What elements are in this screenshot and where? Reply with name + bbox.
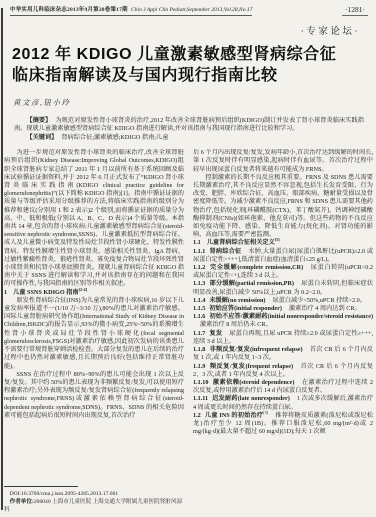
journal-citation-en: Chin J Appl Clin Pediatr,September 2013,…: [131, 7, 252, 13]
abstract-label: 【摘要】: [26, 117, 51, 124]
def-term: 复发: [209, 330, 222, 337]
affiliation-line: 作者单位:200040 上海市儿童医院 上海交通大学附属儿童医院肾脏风湿科: [4, 498, 184, 514]
definition-item: 1.1.8非频反复/复发(infrequent relapse)首次 CR 后 …: [193, 346, 373, 362]
footnote-rule: [4, 486, 78, 487]
definition-item: 1.1.1肾病综合征水肿,大量蛋白尿[尿蛋白肌酐比(uPCR)≥2.0 或尿蛋白…: [193, 248, 373, 264]
abstract-block: 【摘要】为规范对原发性肾小球肾炎的治疗,2012 年改善全球肾脏病预后组织(KD…: [14, 117, 364, 142]
def-number: 1.1.2: [193, 264, 205, 271]
right-column: 后 6 个月内出现反复/复发,发病年龄小,首次治疗达到缓解的时间长,第 1 次反…: [193, 149, 373, 501]
running-head: 中华实用儿科临床杂志2013年9月第28卷第17期 Chin J Appl Cl…: [0, 0, 376, 16]
abstract-text: 为规范对原发性肾小球肾炎的治疗,2012 年改善全球肾脏病预后组织(KDIGO)…: [14, 117, 364, 132]
article-title: 2012 年 KDIGO 儿童激素敏感型肾病综合征 临床指南解读及与国内现行指南…: [12, 45, 366, 86]
def-term: 部分缓解(partial remission,PR): [209, 280, 294, 287]
def-description: 激素治疗 4 周内达到 CR。: [289, 305, 361, 312]
def-term: 非频反复/复发(infrequent relapse): [209, 346, 302, 353]
def-number: 1.2: [193, 412, 201, 419]
def-number: 1.1.11: [193, 395, 208, 402]
paragraph: 为进一步规范对原发性肾小球肾炎的临床治疗,改善全球肾脏病预后组织(Kidney …: [4, 149, 184, 288]
author-names: 黄文彦,钮小玲: [13, 97, 376, 108]
definition-item: 1.1.7复发尿蛋白再现,且尿 uPCR 持续≥2.0 或尿蛋白定性≥+++,连…: [193, 330, 373, 346]
page-number: ·1281·: [342, 5, 368, 16]
journal-citation-cn: 中华实用儿科临床杂志2013年9月第28卷第17期: [10, 7, 128, 13]
abstract-paragraph: 【摘要】为规范对原发性肾小球肾炎的治疗,2012 年改善全球肾脏病预后组织(KD…: [14, 117, 364, 134]
def-number: 1.1.8: [193, 346, 205, 353]
def-term: 完全缓解(complete remission,CR): [209, 264, 303, 271]
journal-page: 中华实用儿科临床杂志2013年9月第28卷第17期 Chin J Appl Cl…: [0, 0, 376, 517]
def-term: 迟发耐药(late nonresponder): [212, 395, 290, 402]
def-number: 1.1.5: [193, 305, 205, 312]
section-number: 1.1: [193, 239, 201, 246]
keywords-paragraph: 【关键词】肾病综合征;激素敏感;KDIGO 指南;儿童: [14, 134, 364, 142]
section-title: 儿童肾病综合征相关定义: [207, 239, 275, 246]
body-columns: 为进一步规范对原发性肾小球肾炎的临床治疗,改善全球肾脏病预后组织(Kidney …: [0, 149, 376, 501]
def-description: 激素治疗 8 周后仍未 CR。: [200, 321, 272, 328]
article-title-line2: 临床指南解读及与国内现行指南比较: [12, 66, 366, 87]
definition-item: 1.1.4未缓解(no remission)尿蛋白减少<50%,uPCR 持续>…: [193, 297, 373, 305]
definition-item: 1.1.9频反复/复发(frequent relapse)首次 CR 后 6 个…: [193, 363, 373, 379]
keywords-text: 肾病综合征;激素敏感;KDIGO 指南;儿童: [61, 134, 168, 141]
paragraph: 控制激素的长期不良反应极其重要。FRNS 及 SDNS 患儿需要长期激素治疗,其…: [193, 174, 373, 240]
reference-marker: [5]: [263, 410, 268, 415]
def-number: 1.1.6: [193, 313, 205, 320]
paragraph-continued: 后 6 个月内出现反复/复发,发病年龄小,首次治疗达到缓解的时间长,第 1 次反…: [193, 149, 373, 174]
def-number: 1.1.9: [193, 363, 205, 370]
def-number: 1.1.1: [193, 248, 205, 255]
def-term: 儿童 INS 的初始治疗: [205, 412, 264, 419]
def-number: 1.1.3: [193, 280, 205, 287]
column-label: ·专家论坛·: [0, 23, 360, 37]
def-number: 1.1.4: [193, 297, 205, 304]
article-title-line1: 2012 年 KDIGO 儿童激素敏感型肾病综合征: [12, 45, 366, 66]
reference-marker: [5]: [275, 237, 280, 242]
definition-item: 1.1.11迟发耐药(late nonresponder)1 次或多次缓解后,激…: [193, 395, 373, 411]
footnote-block: DOI:10.3760/cma.j.issn.2095-4285.2013.17…: [4, 483, 184, 514]
definition-item: 1.2儿童 INS 的初始治疗[5]推荐将糖皮质激素(泼尼松或泼尼松龙)治疗至少…: [193, 412, 373, 437]
def-term: 频反复/复发(frequent relapse): [209, 363, 293, 370]
reference-marker: [2-4]: [79, 287, 87, 292]
def-description: 尿蛋白减少<50%,uPCR 持续>2.0。: [272, 297, 365, 304]
def-number: 1.1.7: [193, 330, 205, 337]
def-term: 肾病综合征: [209, 248, 241, 255]
section-heading-1: 1儿童 SSNS KDIGO 指南[2-4]: [4, 289, 184, 297]
keywords-label: 【关键词】: [26, 134, 57, 141]
definition-item: 1.1.6初始不应答/激素耐药(initial nonresponder/ste…: [193, 313, 373, 329]
affiliation-label: 作者单位:: [10, 499, 34, 505]
section-heading-1-1: 1.1儿童肾病综合征相关定义[5]: [193, 239, 373, 247]
left-column: 为进一步规范对原发性肾小球肾炎的临床治疗,改善全球肾脏病预后组织(Kidney …: [4, 149, 184, 501]
doi-line: DOI:10.3760/cma.j.issn.2095-4285.2013.17…: [4, 490, 184, 498]
definition-item: 1.1.3部分缓解(partial remission,PR)尿蛋白未转阴,但临…: [193, 280, 373, 296]
paragraph: 原发性肾病综合征(INS)为儿童常见的肾小球疾病,16 岁以下儿童发病率报道不一…: [4, 297, 184, 371]
section-title: 儿童 SSNS KDIGO 指南: [13, 289, 79, 296]
journal-citation: 中华实用儿科临床杂志2013年9月第28卷第17期 Chin J Appl Cl…: [10, 7, 252, 16]
definition-item: 1.1.10激素依赖(steroid dependence)在激素治疗过程中连续…: [193, 379, 373, 395]
definition-item: 1.1.2完全缓解(complete remission,CR)尿蛋白转阴(uP…: [193, 264, 373, 280]
def-term: 未缓解(no remission): [209, 297, 265, 304]
def-term: 初始不应答/激素耐药(initial nonresponder/steroid …: [209, 313, 373, 320]
scan-edge-artifact: [1, 8, 3, 510]
section-number: 1: [4, 289, 7, 296]
def-term: 激素依赖(steroid dependence): [212, 379, 294, 386]
paragraph: SSNS 在治疗过程中 80%~90%的患儿可能会出现 1 次以上反复/复发。其…: [4, 371, 184, 420]
def-term: 初始应答(initial responder): [209, 305, 282, 312]
def-number: 1.1.10: [193, 379, 208, 386]
